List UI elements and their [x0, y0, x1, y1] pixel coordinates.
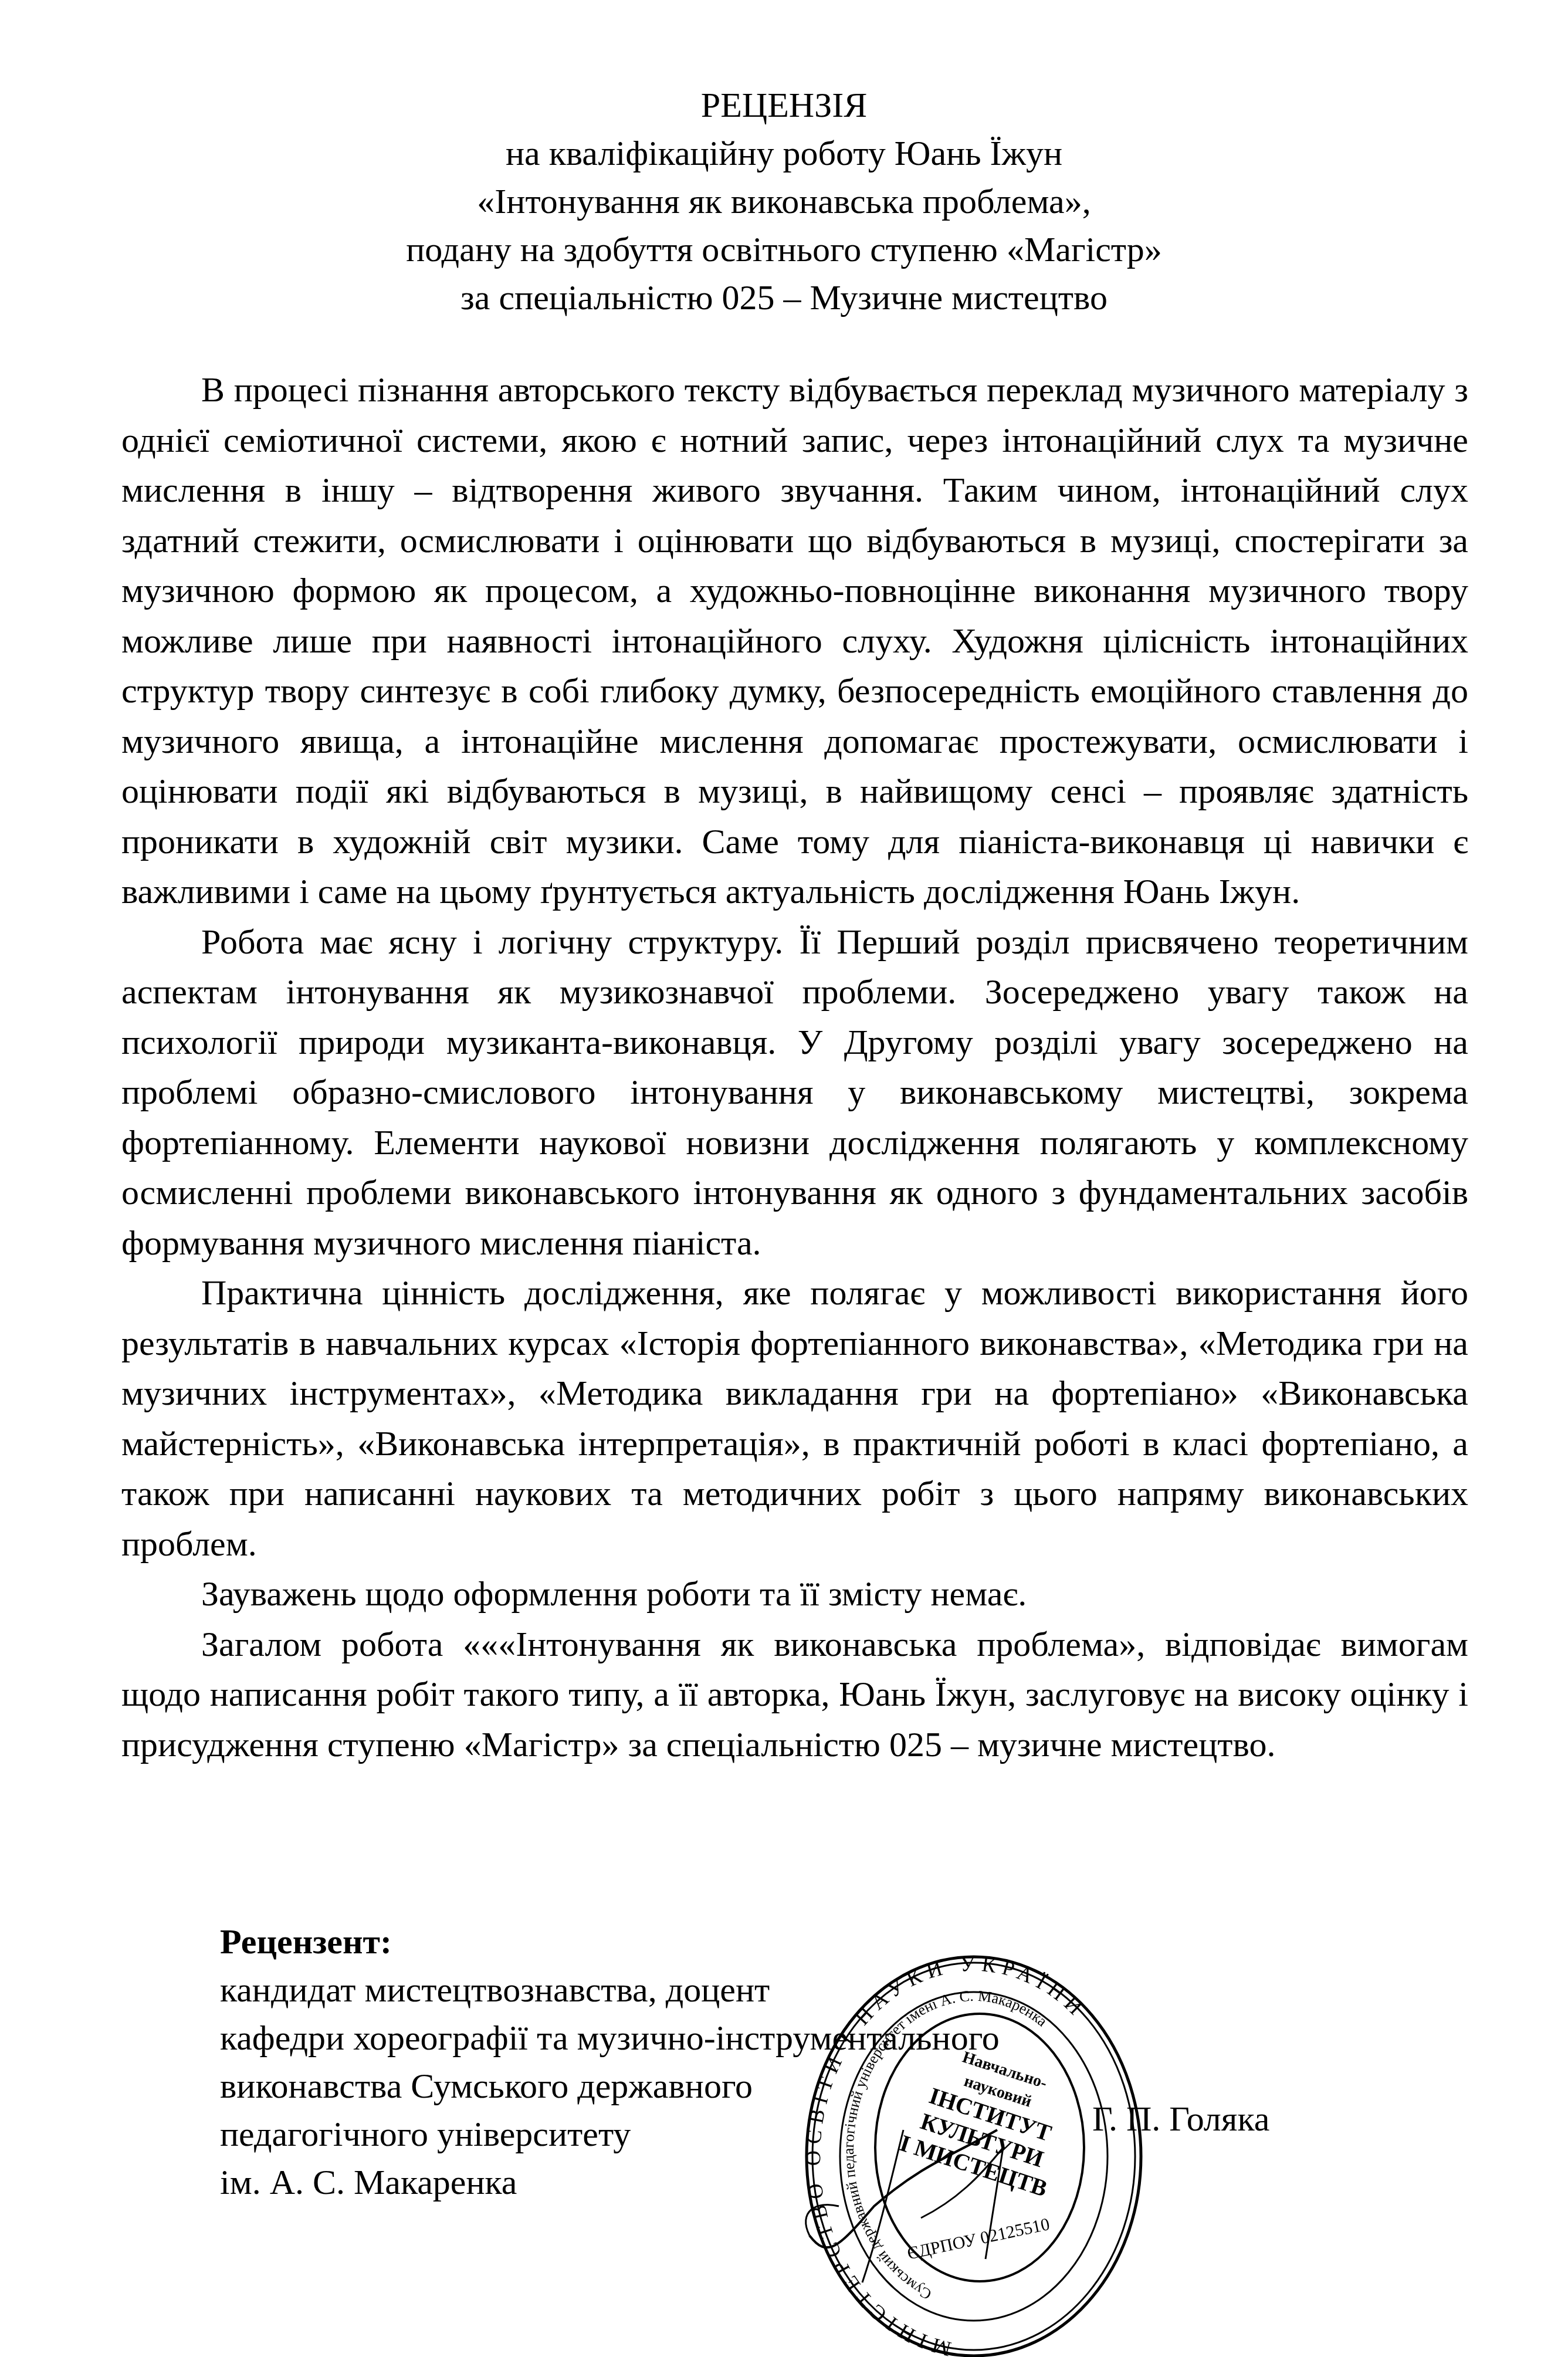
- paragraph-practical-value: Практична цінність дослідження, яке поля…: [121, 1268, 1468, 1569]
- svg-text:ЄДРПОУ 02125510: ЄДРПОУ 02125510: [906, 2214, 1052, 2264]
- reviewer-label: Рецензент:: [220, 1918, 1000, 1966]
- paragraph-relevance: В процесі пізнання авторського тексту ві…: [121, 365, 1468, 917]
- signer-name: Г. П. Голяка: [1092, 2095, 1269, 2143]
- reviewer-credential-line: кандидат мистецтвознавства, доцент: [220, 1966, 1000, 2014]
- reviewer-credential-line: кафедри хореографії та музично-інструмен…: [220, 2014, 1000, 2062]
- paragraph-structure: Робота має ясну і логічну структуру. Її …: [121, 917, 1468, 1269]
- reviewer-credential-line: виконавства Сумського державного: [220, 2062, 1000, 2110]
- document-body: В процесі пізнання авторського тексту ві…: [121, 365, 1468, 1770]
- paragraph-remarks: Зауважень щодо оформлення роботи та її з…: [121, 1569, 1468, 1619]
- subtitle-line: подану на здобуття освітнього ступеню «М…: [0, 225, 1568, 273]
- subtitle-line: за спеціальністю 025 – Музичне мистецтво: [0, 273, 1568, 322]
- document-title: РЕЦЕНЗІЯ: [0, 81, 1568, 129]
- subtitle-line: «Інтонування як виконавська проблема»,: [0, 177, 1568, 225]
- reviewer-credential-line: педагогічного університету: [220, 2110, 1000, 2158]
- reviewer-block: Рецензент: кандидат мистецтвознавства, д…: [220, 1918, 1000, 2206]
- subtitle-line: на кваліфікаційну роботу Юань Їжун: [0, 129, 1568, 177]
- paragraph-conclusion: Загалом робота «««Інтонування як виконав…: [121, 1619, 1468, 1770]
- document-page: РЕЦЕНЗІЯ на кваліфікаційну роботу Юань Ї…: [0, 0, 1568, 2357]
- document-header: РЕЦЕНЗІЯ на кваліфікаційну роботу Юань Ї…: [0, 81, 1568, 322]
- reviewer-credential-line: ім. А. С. Макаренка: [220, 2158, 1000, 2206]
